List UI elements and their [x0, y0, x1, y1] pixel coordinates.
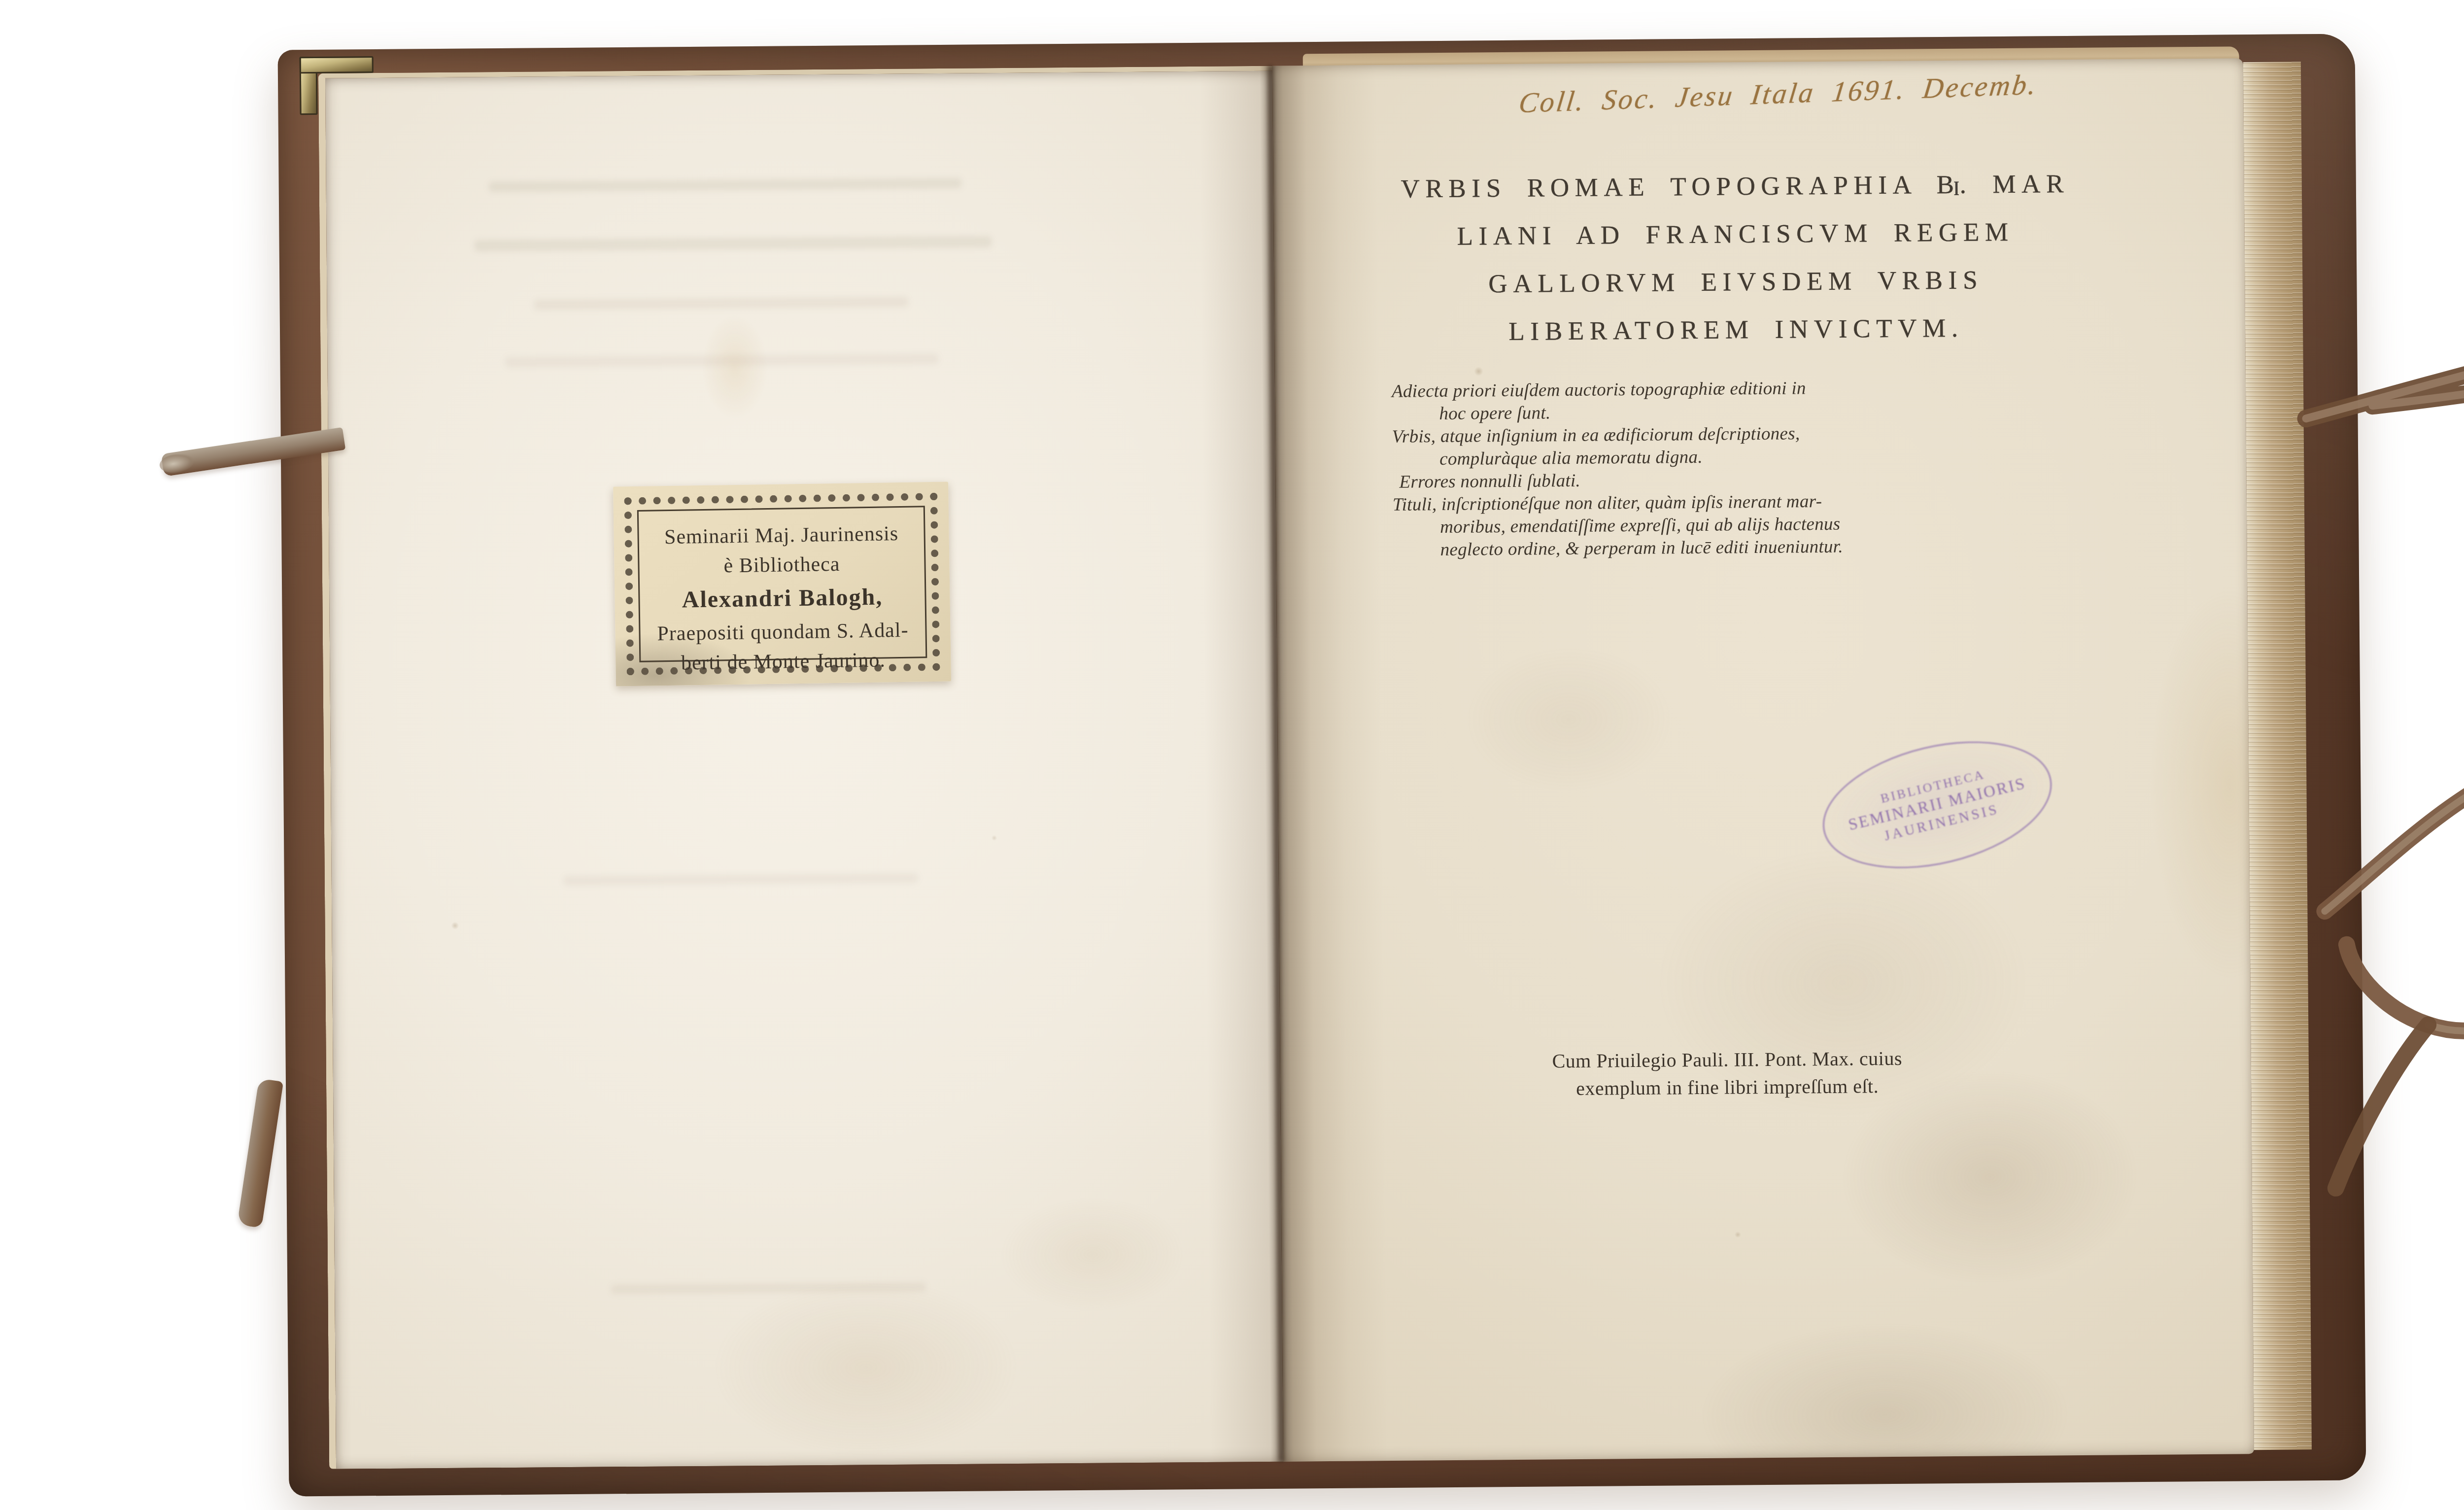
bookplate-line: è Bibliotheca — [640, 548, 924, 582]
bookplate-line: Praepositi quondam S. Adal- — [641, 615, 925, 649]
title-line: LIANI AD FRANCISCVM REGEM — [1378, 208, 2093, 261]
right-page-title-page: Coll. Soc. Jesu Itala 1691. Decemb. I VR… — [1272, 58, 2254, 1461]
left-page: Seminarii Maj. Jaurinensis è Bibliotheca… — [318, 66, 1283, 1469]
leather-tie-left-lower — [237, 1078, 283, 1228]
printing-privilege-imprint: Cum Priuilegio Pauli. III. Pont. Max. cu… — [1409, 1043, 2046, 1103]
bookplate-text: Seminarii Maj. Jaurinensis è Bibliotheca… — [639, 508, 925, 660]
library-oval-stamp: BIBLIOTHECA SEMINARII MAIORIS JAURINENSI… — [1810, 720, 2065, 890]
title-line: GALLORVM EIVSDEM VRBIS — [1378, 256, 2093, 309]
bleedthrough-line — [563, 873, 918, 886]
book: Seminarii Maj. Jaurinensis è Bibliotheca… — [278, 34, 2366, 1496]
bleedthrough-line — [534, 297, 909, 310]
photo-background: Seminarii Maj. Jaurinensis è Bibliotheca… — [0, 0, 2464, 1510]
bleedthrough-line — [611, 1282, 926, 1294]
printed-contents-note: Adiecta priori eiuſdem auctoris topograp… — [1392, 376, 2029, 562]
bleedthrough-line — [489, 178, 962, 193]
title-line: VRBIS ROMAE TOPOGRAPHIA B. MAR — [1377, 160, 2092, 213]
handwritten-ownership-inscription: Coll. Soc. Jesu Itala 1691. Decemb. — [1517, 64, 2137, 119]
metal-corner-bracket — [300, 56, 374, 73]
privilege-line: exemplum in fine libri impreſſum eſt. — [1409, 1071, 2045, 1103]
bleedthrough-line — [505, 353, 938, 368]
bookplate-line: berti de Monte Jaurino. — [641, 645, 925, 679]
foxing-stains — [325, 71, 1283, 1469]
privilege-line: Cum Priuilegio Pauli. III. Pont. Max. cu… — [1409, 1043, 2045, 1076]
title-line: LIBERATOREM INVICTVM. — [1379, 304, 2094, 357]
bookplate-owner-name: Alexandri Balogh, — [640, 578, 924, 619]
note-line: neglecto ordine, & perperam in lucē edit… — [1393, 534, 2028, 562]
printed-title: VRBIS ROMAE TOPOGRAPHIA B. MAR LIANI AD … — [1377, 160, 2093, 357]
leather-ties-right — [2226, 251, 2464, 1316]
bookplate-line: Seminarii Maj. Jaurinensis — [639, 518, 924, 552]
bookplate: Seminarii Maj. Jaurinensis è Bibliotheca… — [613, 482, 951, 686]
bleedthrough-line — [475, 236, 992, 251]
